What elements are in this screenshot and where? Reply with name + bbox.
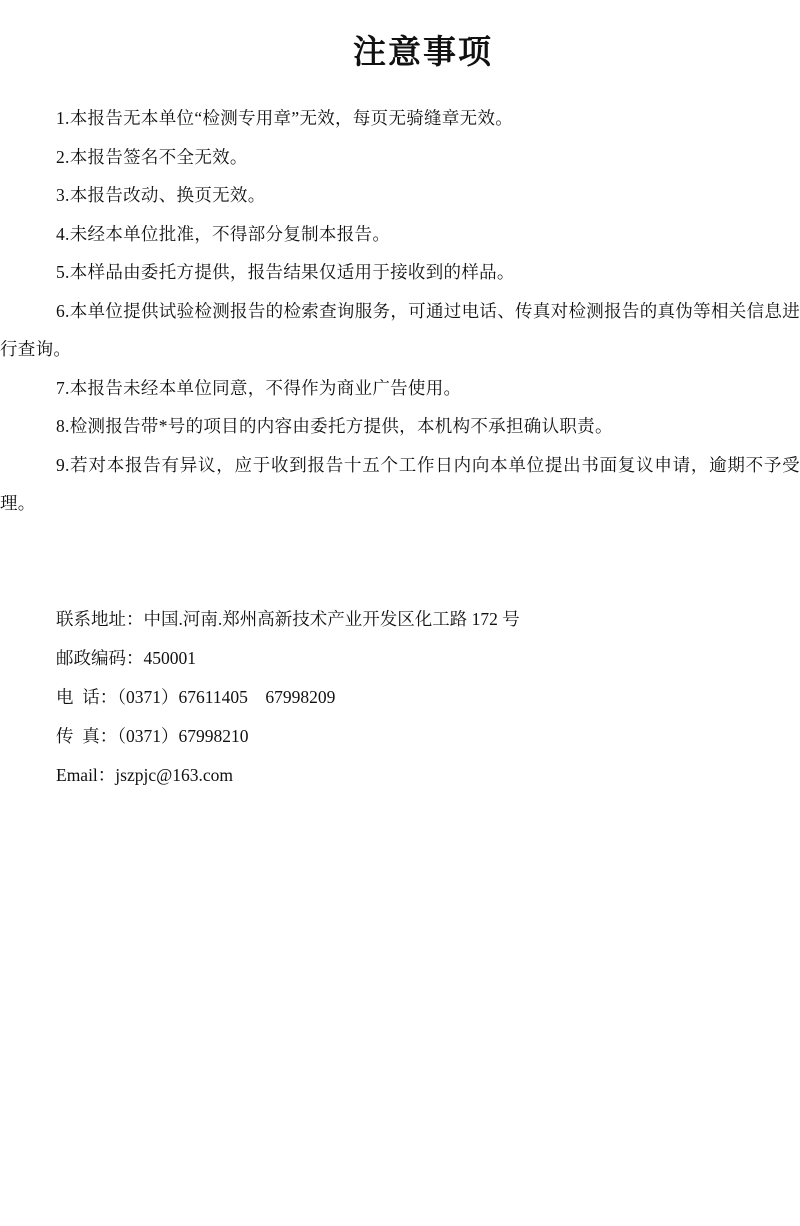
contact-fax: 传 真：（0371）67998210 xyxy=(56,717,756,756)
notice-item-6: 6.本单位提供试验检测报告的检索查询服务，可通过电话、传真对检测报告的真伪等相关… xyxy=(0,292,800,369)
notice-item-1: 1.本报告无本单位“检测专用章”无效，每页无骑缝章无效。 xyxy=(0,99,800,138)
notice-item-8: 8.检测报告带*号的项目的内容由委托方提供，本机构不承担确认职责。 xyxy=(0,407,800,446)
contact-email: Email：jszpjc@163.com xyxy=(56,756,756,795)
contact-phone: 电 话：（0371）67611405 67998209 xyxy=(56,678,756,717)
page-title: 注意事项 xyxy=(0,30,800,74)
notice-item-4: 4.未经本单位批准，不得部分复制本报告。 xyxy=(0,215,800,254)
contact-address: 联系地址：中国.河南.郑州高新技术产业开发区化工路 172 号 xyxy=(56,600,756,639)
notice-item-5: 5.本样品由委托方提供，报告结果仅适用于接收到的样品。 xyxy=(0,253,800,292)
notice-item-3: 3.本报告改动、换页无效。 xyxy=(0,176,800,215)
notice-item-9: 9.若对本报告有异议，应于收到报告十五个工作日内向本单位提出书面复议申请，逾期不… xyxy=(0,446,800,523)
notice-list: 1.本报告无本单位“检测专用章”无效，每页无骑缝章无效。 2.本报告签名不全无效… xyxy=(0,99,800,523)
notice-item-7: 7.本报告未经本单位同意，不得作为商业广告使用。 xyxy=(0,369,800,408)
contact-info: 联系地址：中国.河南.郑州高新技术产业开发区化工路 172 号 邮政编码：450… xyxy=(56,600,756,795)
contact-postcode: 邮政编码：450001 xyxy=(56,639,756,678)
notice-item-2: 2.本报告签名不全无效。 xyxy=(0,138,800,177)
